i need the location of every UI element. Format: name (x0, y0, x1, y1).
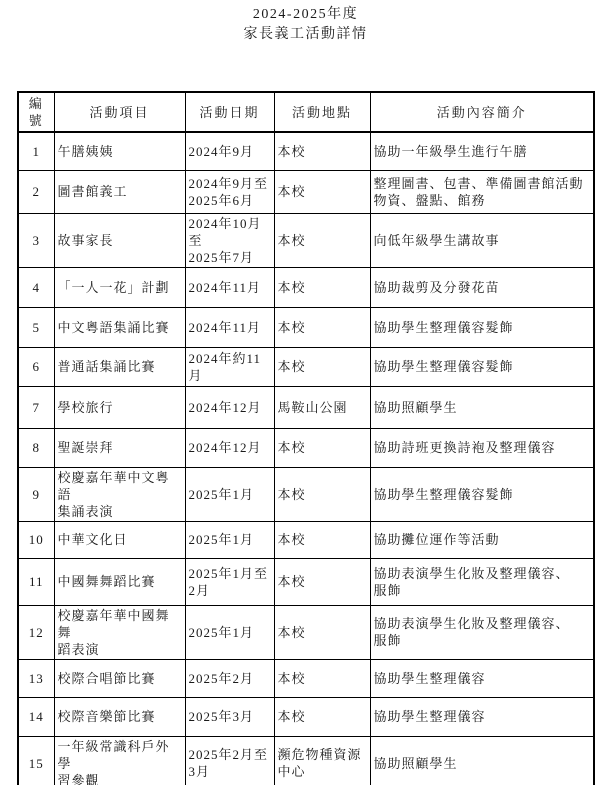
cell-no: 11 (18, 558, 54, 605)
cell-location: 本校 (274, 347, 370, 386)
table-header-row: 編號 活動項目 活動日期 活動地點 活動內容簡介 (18, 92, 594, 132)
cell-item: 中文粵語集誦比賽 (54, 307, 185, 347)
cell-date: 2025年1月 (185, 467, 274, 521)
table-row: 14 校際音樂節比賽 2025年3月 本校 協助學生整理儀容 (18, 697, 594, 736)
table-row: 9 校慶嘉年華中文粵語 集誦表演 2025年1月 本校 協助學生整理儀容髮飾 (18, 467, 594, 521)
cell-date: 2025年1月至 2月 (185, 558, 274, 605)
cell-item: 校慶嘉年華中文粵語 集誦表演 (54, 467, 185, 521)
table-row: 8 聖誕崇拜 2024年12月 本校 協助詩班更換詩袍及整理儀容 (18, 428, 594, 467)
cell-location: 本校 (274, 307, 370, 347)
cell-item: 中國舞舞蹈比賽 (54, 558, 185, 605)
cell-no: 1 (18, 132, 54, 170)
cell-item: 校際合唱節比賽 (54, 659, 185, 697)
document-page: 2024-2025年度 家長義工活動詳情 編號 活動項目 活動日期 活動地點 活… (0, 0, 611, 785)
cell-date: 2024年10月至 2025年7月 (185, 213, 274, 267)
cell-no: 4 (18, 267, 54, 307)
table-row: 12 校慶嘉年華中國舞舞 蹈表演 2025年1月 本校 協助表演學生化妝及整理儀… (18, 605, 594, 659)
document-title: 2024-2025年度 家長義工活動詳情 (0, 5, 611, 45)
cell-location: 瀕危物種資源 中心 (274, 736, 370, 785)
header-item: 活動項目 (54, 92, 185, 132)
table-row: 13 校際合唱節比賽 2025年2月 本校 協助學生整理儀容 (18, 659, 594, 697)
cell-location: 本校 (274, 605, 370, 659)
cell-location: 本校 (274, 428, 370, 467)
cell-description: 協助學生整理儀容 (370, 659, 594, 697)
cell-item: 午膳姨姨 (54, 132, 185, 170)
table-row: 4 「一人一花」計劃 2024年11月 本校 協助裁剪及分發花苗 (18, 267, 594, 307)
table-row: 5 中文粵語集誦比賽 2024年11月 本校 協助學生整理儀容髮飾 (18, 307, 594, 347)
cell-no: 2 (18, 170, 54, 213)
cell-location: 本校 (274, 267, 370, 307)
table-row: 2 圖書館義工 2024年9月至 2025年6月 本校 整理圖書、包書、準備圖書… (18, 170, 594, 213)
header-description: 活動內容簡介 (370, 92, 594, 132)
cell-item: 故事家長 (54, 213, 185, 267)
header-no: 編號 (18, 92, 54, 132)
cell-description: 協助照顧學生 (370, 736, 594, 785)
cell-date: 2025年3月 (185, 697, 274, 736)
cell-location: 本校 (274, 170, 370, 213)
cell-description: 協助表演學生化妝及整理儀容、 服飾 (370, 558, 594, 605)
cell-description: 協助學生整理儀容髮飾 (370, 347, 594, 386)
cell-description: 協助學生整理儀容髮飾 (370, 467, 594, 521)
title-year: 2024-2025年度 (0, 5, 611, 25)
cell-description: 整理圖書、包書、準備圖書館活動 物資、盤點、館務 (370, 170, 594, 213)
cell-location: 本校 (274, 213, 370, 267)
header-location: 活動地點 (274, 92, 370, 132)
cell-item: 聖誕崇拜 (54, 428, 185, 467)
cell-no: 8 (18, 428, 54, 467)
cell-description: 協助裁剪及分發花苗 (370, 267, 594, 307)
cell-description: 協助學生整理儀容髮飾 (370, 307, 594, 347)
cell-no: 14 (18, 697, 54, 736)
cell-no: 3 (18, 213, 54, 267)
cell-date: 2024年9月至 2025年6月 (185, 170, 274, 213)
cell-no: 10 (18, 521, 54, 558)
cell-description: 協助詩班更換詩袍及整理儀容 (370, 428, 594, 467)
cell-no: 5 (18, 307, 54, 347)
cell-location: 本校 (274, 521, 370, 558)
cell-date: 2025年2月 (185, 659, 274, 697)
cell-date: 2024年11月 (185, 307, 274, 347)
cell-no: 9 (18, 467, 54, 521)
cell-description: 向低年級學生講故事 (370, 213, 594, 267)
cell-no: 12 (18, 605, 54, 659)
cell-item: 「一人一花」計劃 (54, 267, 185, 307)
cell-no: 7 (18, 386, 54, 428)
cell-date: 2024年9月 (185, 132, 274, 170)
activities-table: 編號 活動項目 活動日期 活動地點 活動內容簡介 1 午膳姨姨 2024年9月 … (17, 91, 595, 785)
cell-description: 協助一年級學生進行午膳 (370, 132, 594, 170)
cell-description: 協助學生整理儀容 (370, 697, 594, 736)
cell-description: 協助照顧學生 (370, 386, 594, 428)
cell-date: 2024年11月 (185, 267, 274, 307)
cell-date: 2025年1月 (185, 605, 274, 659)
cell-location: 本校 (274, 132, 370, 170)
table-row: 7 學校旅行 2024年12月 馬鞍山公園 協助照顧學生 (18, 386, 594, 428)
table-row: 11 中國舞舞蹈比賽 2025年1月至 2月 本校 協助表演學生化妝及整理儀容、… (18, 558, 594, 605)
table-row: 6 普通話集誦比賽 2024年約11月 本校 協助學生整理儀容髮飾 (18, 347, 594, 386)
cell-location: 本校 (274, 697, 370, 736)
cell-item: 學校旅行 (54, 386, 185, 428)
cell-no: 6 (18, 347, 54, 386)
cell-description: 協助表演學生化妝及整理儀容、 服飾 (370, 605, 594, 659)
table-row: 1 午膳姨姨 2024年9月 本校 協助一年級學生進行午膳 (18, 132, 594, 170)
cell-date: 2025年2月至 3月 (185, 736, 274, 785)
cell-item: 中華文化日 (54, 521, 185, 558)
cell-item: 圖書館義工 (54, 170, 185, 213)
cell-date: 2024年12月 (185, 386, 274, 428)
title-subject: 家長義工活動詳情 (0, 25, 611, 45)
cell-item: 校際音樂節比賽 (54, 697, 185, 736)
cell-location: 馬鞍山公園 (274, 386, 370, 428)
cell-date: 2024年約11月 (185, 347, 274, 386)
cell-item: 普通話集誦比賽 (54, 347, 185, 386)
cell-location: 本校 (274, 659, 370, 697)
cell-date: 2025年1月 (185, 521, 274, 558)
cell-description: 協助攤位運作等活動 (370, 521, 594, 558)
cell-no: 15 (18, 736, 54, 785)
cell-location: 本校 (274, 558, 370, 605)
cell-item: 一年級常識科戶外學 習參觀 (54, 736, 185, 785)
header-date: 活動日期 (185, 92, 274, 132)
cell-item: 校慶嘉年華中國舞舞 蹈表演 (54, 605, 185, 659)
cell-date: 2024年12月 (185, 428, 274, 467)
cell-location: 本校 (274, 467, 370, 521)
table-row: 10 中華文化日 2025年1月 本校 協助攤位運作等活動 (18, 521, 594, 558)
table-row: 3 故事家長 2024年10月至 2025年7月 本校 向低年級學生講故事 (18, 213, 594, 267)
cell-no: 13 (18, 659, 54, 697)
table-row: 15 一年級常識科戶外學 習參觀 2025年2月至 3月 瀕危物種資源 中心 協… (18, 736, 594, 785)
